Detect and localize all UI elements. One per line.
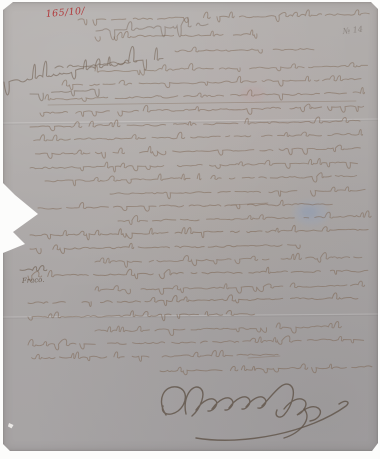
scanned-letter: Newcastle on Tyne 24 Juli 1860Herrn H. S…	[0, 0, 380, 459]
letter-paper: Newcastle on Tyne 24 Juli 1860Herrn H. S…	[3, 2, 378, 451]
paper-edge-shading	[3, 2, 378, 451]
